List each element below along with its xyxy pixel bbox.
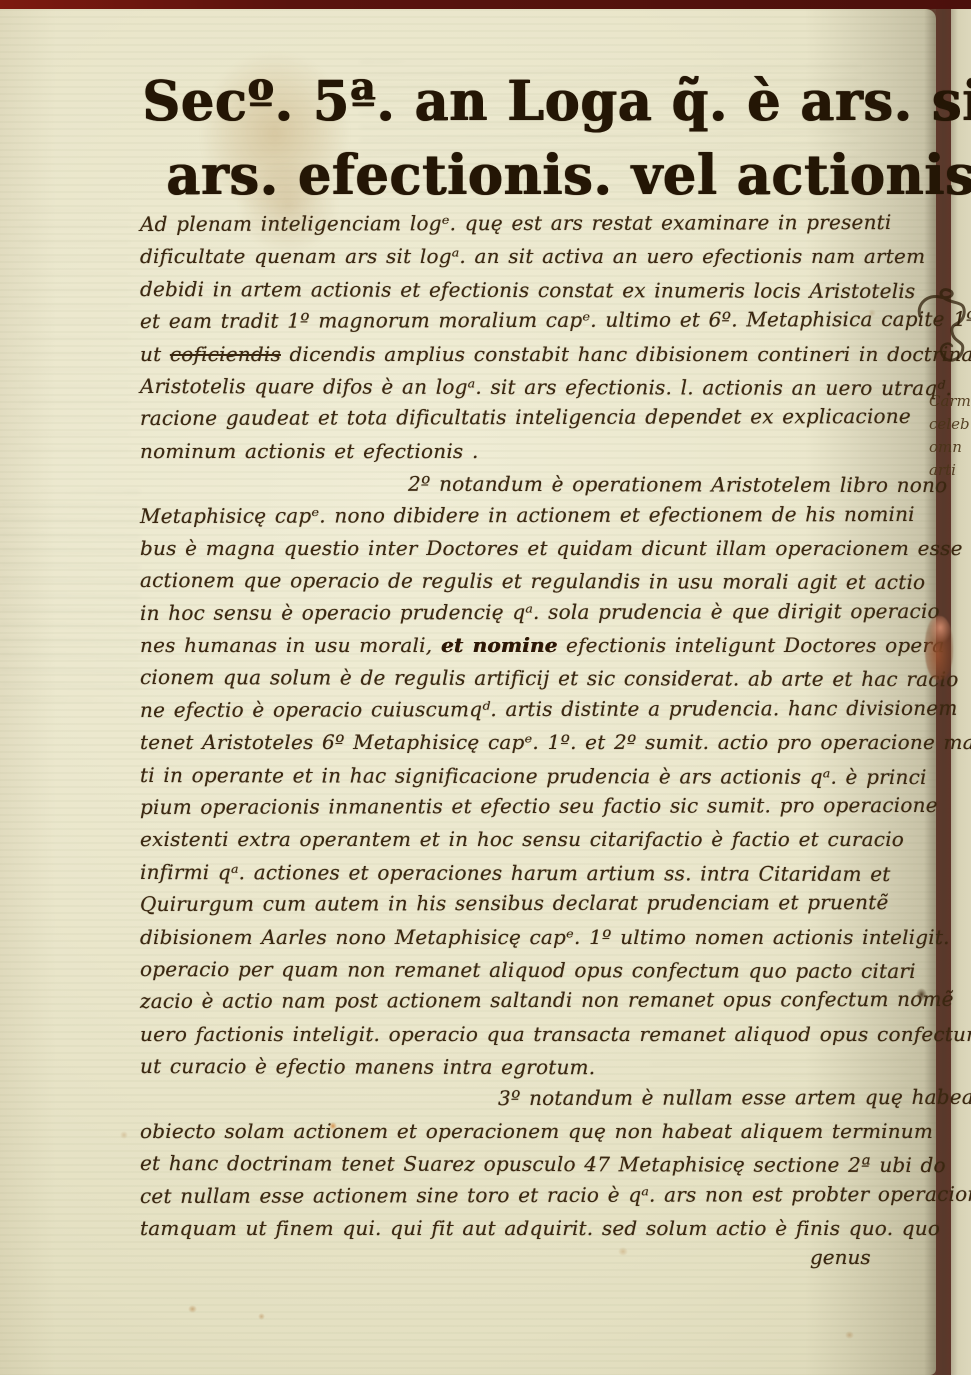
foxing-spot [120,1131,128,1139]
manuscript-line: in hoc sensu è operacio prudencię qᵃ. so… [140,595,922,629]
retouched-words: et nomine [441,633,558,657]
line-segment: dicendis amplius constabit hanc dibision… [281,342,971,366]
marginal-note-line: omn [929,436,971,459]
manuscript-line: bus è magna questio inter Doctores et qu… [140,532,922,564]
manuscript-line: racione gaudeat et tota dificultatis int… [140,400,922,434]
manuscript-line: Aristotelis quare difos è an logᵃ. sit a… [140,370,922,404]
marginal-note-line: celeb [929,413,971,436]
manuscript-line: cionem qua solum è de regulis artificij … [140,661,922,695]
manuscript-line: infirmi qᵃ. actiones et operaciones haru… [140,856,922,890]
manuscript-line-with-retouch: nes humanas in usu morali, et nomine efe… [140,629,922,661]
line-segment: efectionis inteligunt Doctores opera [557,633,944,657]
manuscript-line: tamquam ut finem qui. qui fit aut adquir… [140,1212,922,1244]
manuscript-line: actionem que operacio de regulis et regu… [140,564,922,598]
paragraph2-first-line: 2º notandum è operationem Aristotelem li… [140,467,922,501]
foxing-spot [188,1305,197,1313]
manuscript-line: tenet Aristoteles 6º Metaphisicę capᵉ. 1… [140,726,922,758]
manuscript-line: dibisionem Aarles nono Metaphisicę capᵉ.… [140,921,922,953]
manuscript-line: ut curacio è efectio manens intra egrotu… [140,1050,922,1084]
manuscript-line-with-correction: ut coficiendis dicendis amplius constabi… [140,338,922,370]
paragraph3-first-line: 3º notandum è nullam esse artem quę habe… [140,1080,922,1114]
marginal-note: Carm celeb omn arti [929,390,971,482]
manuscript-line: operacio per quam non remanet aliquod op… [140,953,922,987]
foxing-spot [258,1313,265,1320]
manuscript-line: existenti extra operantem et in hoc sens… [140,823,922,855]
manuscript-line: nominum actionis et efectionis . [140,435,922,467]
marginal-note-line: arti [929,459,971,482]
manuscript-line: cet nullam esse actionem sine toro et ra… [140,1178,922,1212]
manuscript-text-body: Ad plenam inteligenciam logᵉ. quę est ar… [140,208,922,1245]
manuscript-page: Secº. 5ª. an Loga q̃. è ars. sit. ars. e… [0,9,936,1375]
foxing-spot [618,1247,628,1256]
crossed-out-word: coficiendis [170,342,281,366]
bleedthrough-smudge [20,209,130,459]
marginal-note-line: Carm [929,390,971,413]
manuscript-line: pium operacionis inmanentis et efectio s… [140,789,922,823]
bleedthrough-smudge [0,491,140,701]
manuscript-line: dificultate quenam ars sit logᵃ. an sit … [140,240,922,272]
manuscript-line: Ad plenam inteligenciam logᵉ. quę est ar… [140,206,922,240]
manuscript-line: zacio è actio nam post actionem saltandi… [140,983,922,1017]
section-heading-line2: ars. efectionis. vel actionis. [166,143,971,208]
section-heading-line1: Secº. 5ª. an Loga q̃. è ars. sit. [142,69,971,134]
foxing-spot [845,1331,854,1339]
manuscript-line: ne efectio è operacio cuiuscumqᵈ. artis … [140,692,922,726]
manuscript-line: obiecto solam actionem et operacionem qu… [140,1115,922,1147]
book-cover-edge [0,0,971,9]
manuscript-line: et eam tradit 1º magnorum moralium capᵉ.… [140,303,922,337]
manuscript-line: et hanc doctrinam tenet Suarez opusculo … [140,1147,922,1181]
line-segment: nes humanas in usu morali, [140,633,441,657]
manuscript-line: Metaphisicę capᵉ. nono dibidere in actio… [140,497,922,531]
manuscript-line: Quirurgum cum autem in his sensibus decl… [140,886,922,920]
ink-flourish-doodle [912,288,970,368]
manuscript-line: ti in operante et in hac significacione … [140,759,922,793]
catchword: genus [810,1245,871,1269]
manuscript-line: debidi in artem actionis et efectionis c… [140,273,922,307]
line-segment: ut [140,342,170,366]
manuscript-line: uero factionis inteligit. operacio qua t… [140,1018,922,1050]
